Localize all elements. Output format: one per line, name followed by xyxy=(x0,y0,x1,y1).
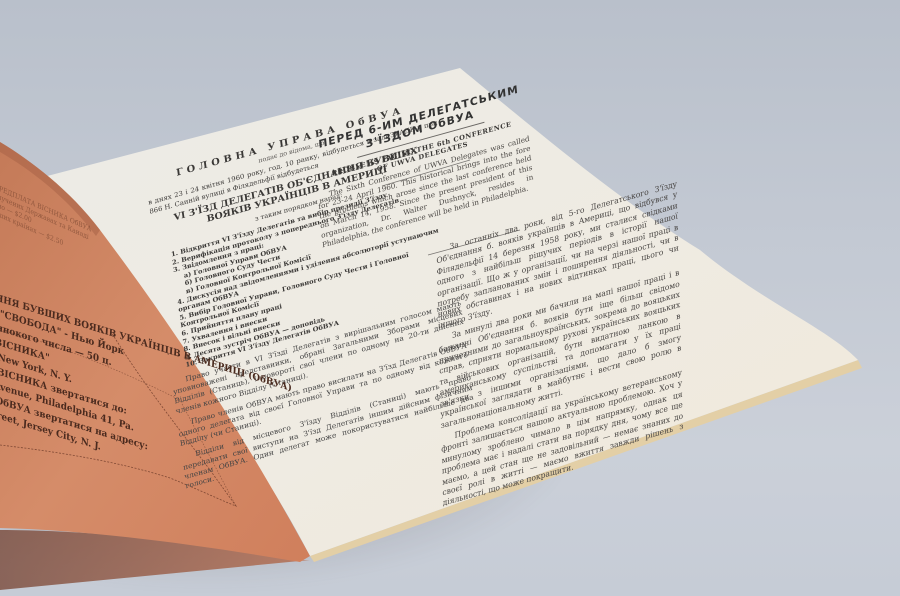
photo-scene: ГОЛОВНА УПРАВА ОбВУА подає до відома, що… xyxy=(0,0,900,596)
